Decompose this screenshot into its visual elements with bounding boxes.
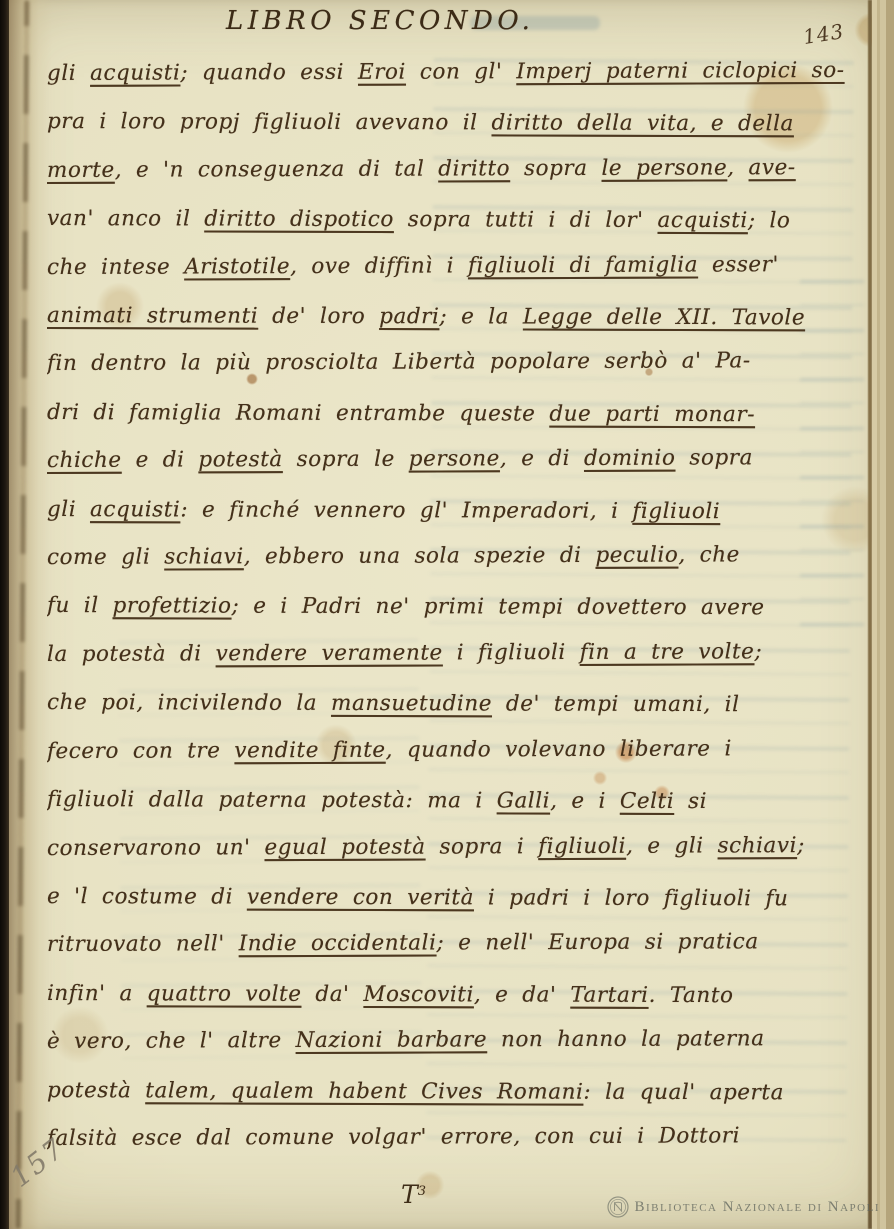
- underlined-phrase: potestà: [198, 447, 283, 472]
- text-segment: sopra i: [425, 834, 538, 859]
- underlined-phrase: figliuoli di famiglia: [468, 252, 698, 278]
- bnn-monogram-icon: [607, 1196, 629, 1218]
- underlined-phrase: due parti monar-: [549, 401, 755, 427]
- underlined-phrase: le persone: [601, 155, 727, 180]
- manuscript-line: ritruovato nell' Indie occidentali; e ne…: [47, 918, 865, 970]
- manuscript-line: la potestà di vendere veramente i figliu…: [47, 628, 865, 680]
- manuscript-line: fu il profettizio; e i Padri ne' primi t…: [47, 582, 865, 633]
- text-segment: sopra le: [283, 447, 409, 472]
- text-segment: i figliuoli: [443, 640, 580, 666]
- underlined-phrase: vendite finte: [234, 737, 385, 763]
- text-segment: gli: [47, 61, 90, 86]
- underlined-phrase: padri: [379, 304, 439, 329]
- text-segment: , ebbero una sola spezie di: [244, 543, 596, 569]
- underlined-phrase: quattro volte: [147, 981, 302, 1006]
- page-title: LIBRO SECONDO.: [226, 6, 534, 36]
- text-segment: , che: [678, 542, 740, 567]
- manuscript-line: morte, e 'n conseguenza di tal diritto s…: [47, 144, 865, 196]
- quire-signature: T3: [401, 1180, 426, 1209]
- underlined-phrase: diritto della vita, e della: [491, 111, 793, 137]
- text-segment: che poi, incivilendo la: [47, 690, 331, 716]
- text-segment: sopra: [510, 156, 601, 181]
- text-segment: ;: [797, 833, 805, 858]
- text-segment: ,: [727, 155, 748, 180]
- binding-edge: [0, 0, 9, 1229]
- text-segment: figliuoli dalla paterna potestà: ma i: [47, 787, 497, 813]
- underlined-phrase: dominio: [584, 446, 676, 471]
- text-segment: è vero, che l' altre: [47, 1028, 296, 1054]
- text-segment: infin' a: [47, 981, 147, 1006]
- underlined-phrase: diritto dispotico: [204, 207, 394, 233]
- text-segment: , e gli: [626, 833, 718, 858]
- text-segment: con gl': [406, 59, 516, 84]
- underlined-phrase: Moscoviti: [363, 982, 474, 1007]
- manuscript-line: fecero con tre vendite finte, quando vol…: [47, 725, 865, 777]
- library-stamp: Biblioteca Nazionale di Napoli: [607, 1196, 880, 1218]
- underlined-phrase: Celti: [620, 789, 674, 814]
- text-segment: , quando volevano liberare i: [386, 736, 732, 762]
- manuscript-line: conservarono un' egual potestà sopra i f…: [47, 821, 865, 873]
- text-segment: ; e i Padri ne' primi tempi dovettero av…: [232, 594, 765, 621]
- manuscript-line: che poi, incivilendo la mansuetudine de'…: [47, 679, 865, 730]
- text-segment: , e da': [474, 982, 571, 1007]
- manuscript-line: è vero, che l' altre Nazioni barbare non…: [47, 1015, 865, 1067]
- text-segment: si: [674, 789, 707, 814]
- text-segment: la potestà di: [47, 641, 216, 667]
- text-segment: , ove diffinì i: [290, 253, 468, 279]
- underlined-phrase: Imperj paterni ciclopici so-: [516, 58, 844, 84]
- manuscript-line: potestà talem, qualem habent Cives Roman…: [47, 1067, 865, 1118]
- text-segment: ; e la: [439, 304, 523, 329]
- underlined-phrase: acquisti: [658, 208, 748, 233]
- text-segment: ; lo: [748, 208, 791, 233]
- underlined-phrase: ave-: [748, 155, 795, 180]
- library-stamp-label: Biblioteca Nazionale di Napoli: [634, 1199, 880, 1216]
- underlined-phrase: acquisti: [90, 497, 180, 522]
- text-segment: . Tanto: [649, 983, 734, 1008]
- text-segment: dri di famiglia Romani entrambe queste: [47, 400, 549, 427]
- text-segment: , e di: [500, 446, 584, 471]
- text-segment: ;: [754, 639, 762, 664]
- text-segment: de' tempi umani, il: [492, 692, 740, 718]
- underlined-phrase: animati strumenti: [47, 303, 258, 329]
- text-segment: de' loro: [258, 304, 379, 329]
- underlined-phrase: Eroi: [358, 60, 406, 85]
- underlined-phrase: mansuetudine: [331, 691, 492, 717]
- underlined-phrase: schiavi: [717, 833, 797, 858]
- folio-number: 143: [801, 19, 845, 49]
- text-segment: , e i: [550, 789, 620, 814]
- manuscript-line: fin dentro la più prosciolta Libertà pop…: [47, 337, 865, 389]
- manuscript-line: falsità esce dal comune volgar' errore, …: [47, 1112, 865, 1164]
- text-segment: i padri i loro figliuoli fu: [474, 885, 788, 911]
- signature-number: 3: [418, 1184, 426, 1199]
- adjacent-page-edges: [872, 0, 894, 1229]
- text-segment: fecero con tre: [47, 738, 234, 764]
- text-segment: e di: [122, 448, 199, 473]
- binding-gutter: [8, 0, 52, 1229]
- underlined-phrase: Aristotile: [184, 254, 290, 279]
- underlined-phrase: Indie occidentali: [239, 931, 437, 957]
- text-segment: : e finché vennero gl' Imperadori, i: [180, 497, 632, 523]
- text-segment: van' anco il: [47, 206, 204, 231]
- manuscript-line: e 'l costume di vendere con verità i pad…: [47, 873, 865, 924]
- underlined-phrase: Nazioni barbare: [296, 1027, 488, 1053]
- text-segment: e 'l costume di: [47, 884, 247, 910]
- underlined-phrase: vendere veramente: [216, 640, 443, 666]
- signature-letter: T: [401, 1180, 418, 1209]
- underlined-phrase: morte: [47, 158, 115, 183]
- text-segment: : la qual' aperta: [583, 1079, 784, 1105]
- text-segment: ; quando essi: [180, 60, 358, 86]
- text-segment: esser': [698, 252, 779, 277]
- text-segment: sopra: [675, 446, 753, 471]
- text-segment: da': [301, 982, 363, 1007]
- manuscript-line: figliuoli dalla paterna potestà: ma i Ga…: [47, 776, 865, 827]
- text-segment: come gli: [47, 545, 164, 570]
- text-segment: falsità esce dal comune volgar' errore, …: [47, 1123, 740, 1151]
- text-segment: pra i loro propj figliuoli avevano il: [47, 109, 492, 135]
- underlined-phrase: persone: [409, 447, 500, 472]
- underlined-phrase: Galli: [497, 789, 550, 814]
- manuscript-line: chiche e di potestà sopra le persone, e …: [47, 434, 865, 486]
- text-segment: non hanno la paterna: [487, 1026, 765, 1052]
- manuscript-line: dri di famiglia Romani entrambe queste d…: [47, 389, 865, 440]
- text-segment: che intese: [47, 254, 184, 280]
- manuscript-line: gli acquisti: e finché vennero gl' Imper…: [47, 486, 865, 537]
- manuscript-line: van' anco il diritto dispotico sopra tut…: [47, 195, 865, 246]
- text-segment: sopra tutti i di lor': [394, 207, 658, 233]
- text-segment: ; e nell' Europa si pratica: [436, 930, 758, 956]
- underlined-phrase: egual potestà: [264, 834, 425, 860]
- underlined-phrase: Legge delle XII. Tavole: [523, 305, 805, 331]
- manuscript-line: gli acquisti; quando essi Eroi con gl' I…: [47, 50, 865, 98]
- manuscript-text: gli acquisti; quando essi Eroi con gl' I…: [47, 50, 865, 1163]
- underlined-phrase: talem, qualem habent Cives Romani: [145, 1078, 583, 1104]
- manuscript-line: che intese Aristotile, ove diffinì i fig…: [47, 240, 865, 292]
- underlined-phrase: diritto: [438, 156, 510, 181]
- manuscript-page-scan: LIBRO SECONDO. 143 gli acquisti; quando …: [0, 0, 894, 1229]
- underlined-phrase: acquisti: [90, 60, 180, 85]
- underlined-phrase: profettizio: [112, 594, 231, 619]
- underlined-phrase: Tartari: [570, 982, 648, 1007]
- underlined-phrase: schiavi: [164, 544, 244, 569]
- underlined-phrase: figliuoli: [632, 498, 720, 523]
- manuscript-line: pra i loro propj figliuoli avevano il di…: [47, 98, 865, 149]
- text-segment: potestà: [47, 1078, 145, 1103]
- text-segment: fin dentro la più prosciolta Libertà pop…: [47, 349, 751, 377]
- text-segment: fu il: [47, 593, 113, 618]
- underlined-phrase: chiche: [47, 448, 122, 473]
- underlined-phrase: fin a tre volte: [580, 639, 755, 665]
- text-segment: , e 'n conseguenza di tal: [115, 156, 439, 182]
- text-segment: gli: [47, 497, 90, 522]
- underlined-phrase: vendere con verità: [247, 885, 474, 911]
- text-segment: conservarono un': [47, 835, 265, 861]
- manuscript-line: come gli schiavi, ebbero una sola spezie…: [47, 531, 865, 583]
- manuscript-line: infin' a quattro volte da' Moscoviti, e …: [47, 970, 865, 1021]
- underlined-phrase: figliuoli: [538, 833, 626, 858]
- text-segment: ritruovato nell': [47, 932, 239, 958]
- underlined-phrase: peculio: [595, 543, 678, 568]
- manuscript-line: animati strumenti de' loro padri; e la L…: [47, 292, 865, 343]
